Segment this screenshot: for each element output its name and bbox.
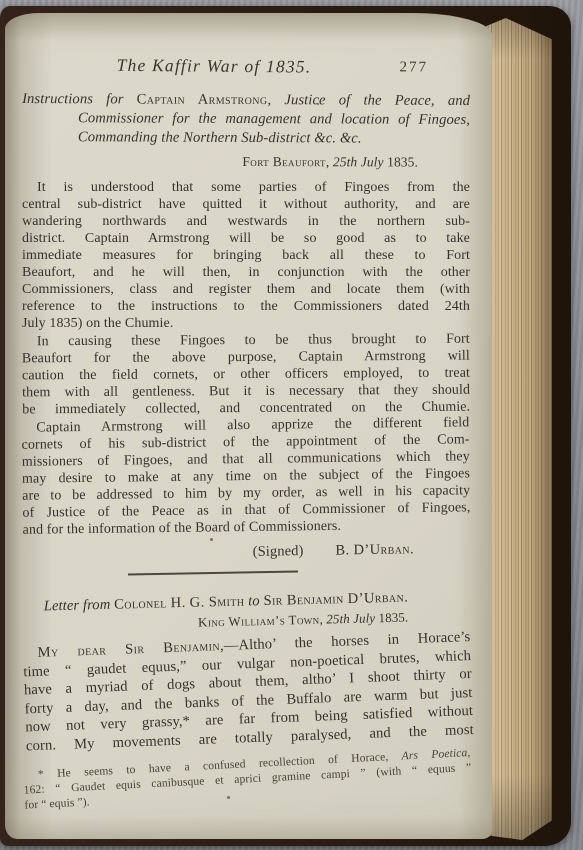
heading-text: , Justice of the Peace, and xyxy=(267,92,470,109)
heading-text: . xyxy=(404,590,408,606)
letter-heading-block: Letter from Colonel H. G. Smith to Sir B… xyxy=(22,587,471,634)
text-line: July 1835) on the Chumie. xyxy=(22,315,470,332)
text-line: district. Captain Armstrong will be so g… xyxy=(22,230,470,247)
heading-text: Instructions for xyxy=(22,91,137,107)
dateline-date: 25th July xyxy=(326,610,375,626)
heading-line: Commanding the Northern Sub-district &c.… xyxy=(22,128,470,149)
letter-paragraph: My dear Sir Benjamin,—Altho’ the horses … xyxy=(22,628,474,756)
running-head-title: The Kaffir War of 1835. xyxy=(22,52,406,79)
text-line: reference to the instructions to the Com… xyxy=(22,298,470,315)
text-line: immediate measures for bringing back all… xyxy=(22,247,470,264)
person-name: Captain Armstrong xyxy=(137,92,268,109)
dateline-year: 1835. xyxy=(375,610,408,626)
signature-name: B. D’Urban. xyxy=(335,541,414,558)
heading-line: Commissioner for the management and loca… xyxy=(22,109,470,130)
text-line: It is understood that some parties of Fi… xyxy=(22,179,470,196)
signature-gap xyxy=(304,555,336,556)
text-line: central sub-district have quitted it wit… xyxy=(22,196,470,213)
text-line: Beaufort, and he will then, in conjuncti… xyxy=(22,264,470,281)
page-content: The Kaffir War of 1835. 277 Instructions… xyxy=(22,54,470,790)
footnote: * He seems to have a confused recollecti… xyxy=(23,745,473,813)
paragraph-1: It is understood that some parties of Fi… xyxy=(22,179,470,332)
book-fore-edge-pages xyxy=(486,18,552,840)
text-line: Commissioners, class and register them a… xyxy=(22,281,470,298)
photo-background: The Kaffir War of 1835. 277 Instructions… xyxy=(0,0,583,850)
place-name: King William’s Town xyxy=(198,612,320,630)
heading-line: Instructions for Captain Armstrong, Just… xyxy=(22,90,470,111)
heading-text: Letter from xyxy=(44,597,115,615)
section-divider-rule xyxy=(128,571,298,576)
signed-label: (Signed) xyxy=(253,543,304,560)
instructions-heading: Instructions for Captain Armstrong, Just… xyxy=(22,90,470,149)
signature-line: (Signed)B. D’Urban. xyxy=(22,539,470,564)
paragraph-3: Captain Armstrong will also apprize the … xyxy=(21,414,470,538)
person-name: Colonel H. G. Smith xyxy=(114,594,245,613)
text-line: wandering northwards and westwards in th… xyxy=(22,213,470,230)
paragraph-2: In causing these Fingoes to be thus brou… xyxy=(22,331,471,419)
book-page: The Kaffir War of 1835. 277 Instructions… xyxy=(5,13,492,839)
running-head-row: The Kaffir War of 1835. 277 xyxy=(22,52,470,80)
dateline-text: , xyxy=(326,154,333,169)
page-number: 277 xyxy=(399,59,428,76)
person-name: Sir Benjamin D’Urban xyxy=(263,590,404,609)
place-name: Fort Beaufort xyxy=(242,154,326,169)
dateline-date: 25th July xyxy=(333,154,384,169)
heading-text: to xyxy=(244,593,263,609)
dateline-year: 1835. xyxy=(384,154,418,169)
dateline-fort-beaufort: Fort Beaufort, 25th July 1835. xyxy=(22,152,470,170)
